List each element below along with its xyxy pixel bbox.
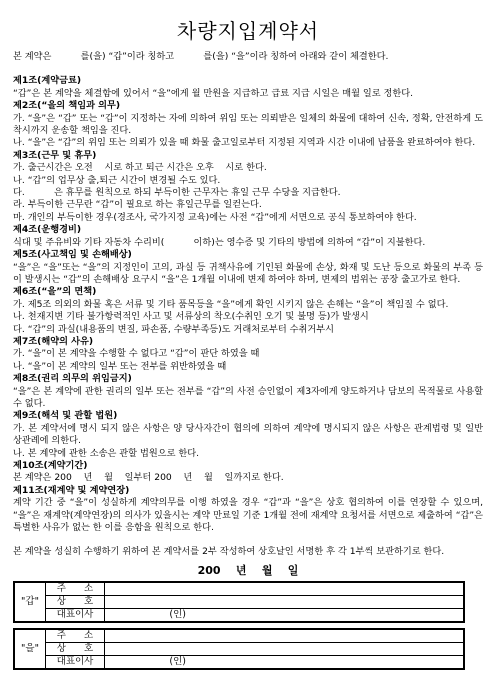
article-text: 나. “을”은 “갑”의 위임 또는 의뢰가 있을 때 화물 출고일로부터 지정… (13, 137, 483, 149)
signature-table-eul: "을" 주 소 상 호 대표이사 (인) (13, 628, 465, 670)
article-text: 나. 천재지변 기타 불가항력적인 사고 및 서류상의 착오(수취인 오기 및 … (13, 311, 483, 323)
article-8: 제8조(권리 의무의 위임금지) “을”은 본 계약에 관한 권리의 일부 또는… (13, 373, 483, 410)
field-label: 주 소 (46, 629, 105, 643)
article-heading: 제8조(권리 의무의 위임금지) (13, 373, 483, 385)
field-label: 상 호 (46, 596, 105, 609)
article-text: 식대 및 주유비와 기타 자동차 수리비( 이하)는 영수증 및 기타의 방법에… (13, 237, 483, 249)
article-11: 제11조(재계약 및 계약연장) 계약 기간 중 “을”이 성실하게 계약의무를… (13, 485, 483, 535)
document-title: 차량지입계약서 (13, 19, 483, 43)
signing-date: 200 년 월 일 (13, 565, 483, 577)
field-label: 주 소 (46, 582, 105, 596)
ceo-seal-field[interactable]: (인) (105, 656, 465, 670)
address-field[interactable] (105, 582, 465, 596)
company-field[interactable] (105, 596, 465, 609)
article-text: 나. “갑”의 업무상 출,퇴근 시간이 변경될 수도 있다. (13, 175, 483, 187)
article-text: 가. 본 계약서에 명시 되지 않은 사항은 양 당사자간이 협의에 의하여 계… (13, 423, 483, 448)
field-label: 상 호 (46, 643, 105, 656)
article-heading: 제6조(“을”의 면책) (13, 286, 483, 298)
article-7: 제7조(해약의 사유) 가. “을”이 본 계약을 수행할 수 없다고 “갑”이… (13, 336, 483, 373)
signature-row-ceo: 대표이사 (인) (14, 609, 464, 623)
article-text: 본 계약은 200 년 월 일부터 200 년 월 일까지로 한다. (13, 472, 483, 484)
article-heading: 제11조(재계약 및 계약연장) (13, 485, 483, 497)
field-label: 대표이사 (46, 656, 105, 670)
article-heading: 제4조(운행경비) (13, 224, 483, 236)
company-field[interactable] (105, 643, 465, 656)
article-text: 가. 제5조 의외의 화물 혹은 서류 및 기타 품목등을 “을”에게 확인 시… (13, 299, 483, 311)
article-heading: 제5조(사고책임 및 손해배상) (13, 249, 483, 261)
article-text: “을”은 “을”또는 “을”의 지정인이 고의, 과실 등 귀책사유에 기인된 … (13, 262, 483, 287)
article-text: 마. 개인의 부득이한 경우(경조사, 국가지정 교육)에는 사전 “갑”에게 … (13, 212, 483, 224)
article-text: 계약 기간 중 “을”이 성실하게 계약의무를 이행 하였을 경우 “갑”과 “… (13, 497, 483, 534)
address-field[interactable] (105, 629, 465, 643)
signature-row-address: "갑" 주 소 (14, 582, 464, 596)
article-6: 제6조(“을”의 면책) 가. 제5조 의외의 화물 혹은 서류 및 기타 품목… (13, 286, 483, 336)
article-heading: 제3조(근무 및 휴무) (13, 150, 483, 162)
intro-paragraph: 본 계약은 를(을) “갑”이라 칭하고 를(을) “을”이라 칭하여 아래와 … (13, 51, 483, 63)
article-text: 가. 출근시간은 오전 시로 하고 퇴근 시간은 오후 시로 한다. (13, 162, 483, 174)
ceo-seal-field[interactable]: (인) (105, 609, 465, 623)
article-heading: 제10조(계약기간) (13, 460, 483, 472)
article-text: “갑”은 본 계약을 체결함에 있어서 “을”에게 월 만원을 지급하고 급료 … (13, 88, 483, 100)
article-5: 제5조(사고책임 및 손해배상) “을”은 “을”또는 “을”의 지정인이 고의… (13, 249, 483, 286)
article-9: 제9조(해석 및 관할 법원) 가. 본 계약서에 명시 되지 않은 사항은 양… (13, 410, 483, 460)
article-text: 라. 부득이한 근무란 “갑”이 필요로 하는 휴일근무를 일컫는다. (13, 199, 483, 211)
signature-table-gap: "갑" 주 소 상 호 대표이사 (인) (13, 581, 465, 623)
party-label: "을" (14, 629, 46, 669)
closing-paragraph: 본 계약을 성실히 수행하기 위하여 본 계약서를 2부 작성하여 상호날인 서… (13, 546, 483, 558)
article-2: 제2조(“을의 책임과 의무) 가. “을”은 “갑” 또는 “갑”이 지정하는… (13, 100, 483, 150)
article-text: 다. “갑”의 과실(내용품의 변질, 파손품, 수량부족등)도 거래처로부터 … (13, 324, 483, 336)
article-heading: 제9조(해석 및 관할 법원) (13, 410, 483, 422)
article-1: 제1조(계약금료) “갑”은 본 계약을 체결함에 있어서 “을”에게 월 만원… (13, 75, 483, 100)
contract-page: 차량지입계약서 본 계약은 를(을) “갑”이라 칭하고 를(을) “을”이라 … (13, 0, 483, 672)
field-label: 대표이사 (46, 609, 105, 623)
article-text: 가. “을”은 “갑” 또는 “갑”이 지정하는 자에 의하여 위임 또는 의뢰… (13, 113, 483, 138)
article-text: 가. “을”이 본 계약을 수행할 수 없다고 “갑”이 판단 하였을 때 (13, 348, 483, 360)
signature-row-company: 상 호 (14, 643, 464, 656)
article-3: 제3조(근무 및 휴무) 가. 출근시간은 오전 시로 하고 퇴근 시간은 오후… (13, 150, 483, 224)
article-4: 제4조(운행경비) 식대 및 주유비와 기타 자동차 수리비( 이하)는 영수증… (13, 224, 483, 249)
article-heading: 제7조(해약의 사유) (13, 336, 483, 348)
article-text: 나. “을”이 본 계약의 일부 또는 전부를 위반하였을 때 (13, 361, 483, 373)
article-10: 제10조(계약기간) 본 계약은 200 년 월 일부터 200 년 월 일까지… (13, 460, 483, 485)
article-heading: 제2조(“을의 책임과 의무) (13, 100, 483, 112)
signature-row-ceo: 대표이사 (인) (14, 656, 464, 670)
signature-row-company: 상 호 (14, 596, 464, 609)
article-text: “을”은 본 계약에 관한 권리의 일부 또는 전부를 “갑”의 사전 승인없이… (13, 386, 483, 411)
party-label: "갑" (14, 582, 46, 622)
article-heading: 제1조(계약금료) (13, 75, 483, 87)
article-text: 다. 은 휴무를 원칙으로 하되 부득이한 근무자는 휴일 근무 수당을 지급한… (13, 187, 483, 199)
article-text: 나. 본 계약에 관한 소송은 관할 법원으로 한다. (13, 448, 483, 460)
signature-row-address: "을" 주 소 (14, 629, 464, 643)
